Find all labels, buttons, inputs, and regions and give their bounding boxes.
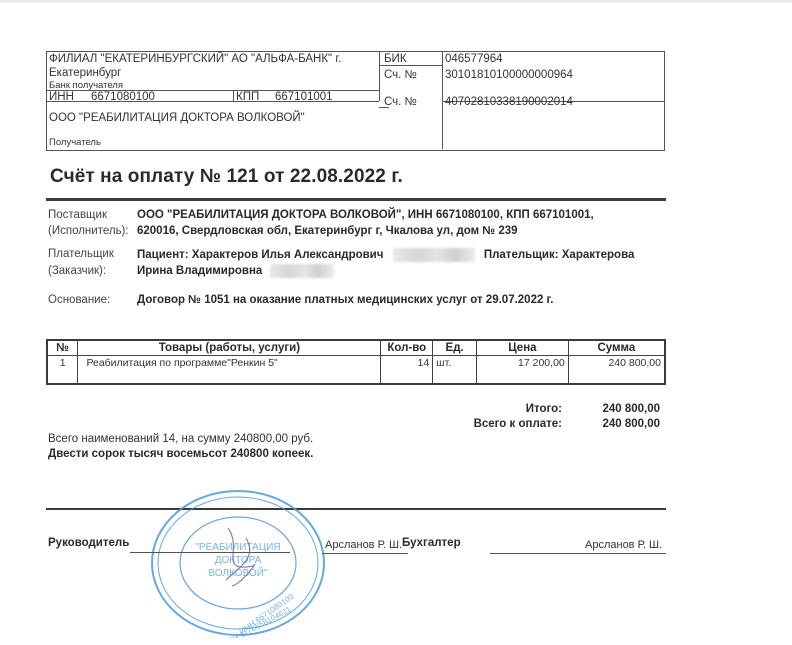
summary-line: Всего наименований 14, на сумму 240800,0… (48, 433, 313, 445)
supplier-line-1: ООО "РЕАБИЛИТАЦИЯ ДОКТОРА ВОЛКОВОЙ", ИНН… (137, 209, 594, 221)
amount-in-words: Двести сорок тысяч восемьсот 240800 копе… (48, 448, 313, 460)
director-name: Арсланов Р. Ш. (325, 539, 402, 551)
basis-label: Основание: (48, 294, 110, 306)
payable-value: 240 800,00 (560, 418, 660, 430)
row-name: Реабилитация по программе"Ренкин 5" (78, 356, 381, 385)
payer-name: Плательщик: Характерова (484, 249, 635, 261)
bank-caption: Банк получателя (49, 80, 123, 91)
bik-value: 046577964 (445, 53, 503, 65)
row-unit: шт. (433, 356, 477, 385)
account-label: Сч. № (384, 96, 417, 108)
col-number: № (47, 340, 78, 356)
director-signature-line (130, 552, 290, 553)
total-label: Итого: (412, 403, 562, 415)
payer-name-cont: Ирина Владимировна (137, 265, 262, 277)
col-sum: Сумма (568, 340, 665, 356)
row-number: 1 (47, 356, 78, 385)
payer-label-2: (Заказчик): (48, 265, 106, 277)
divider (379, 65, 442, 66)
company-stamp-icon: "РЕАБИЛИТАЦИЯ ДОКТОРА ВОЛКОВОЙ" ИНН 6671… (148, 488, 328, 638)
title-rule (46, 198, 666, 201)
row-sum: 240 800,00 (568, 356, 665, 385)
svg-text:ВОЛКОВОЙ": ВОЛКОВОЙ" (209, 566, 268, 579)
payer-line-2: Ирина Владимировна (137, 264, 334, 278)
page-top-edge (0, 0, 792, 3)
recipient-caption: Получатель (49, 137, 101, 148)
supplier-label-2: (Исполнитель): (48, 225, 129, 237)
kpp-label: КПП (236, 91, 259, 103)
col-qty: Кол-во (381, 340, 433, 356)
col-goods: Товары (работы, услуги) (78, 340, 381, 356)
director-name-line (322, 553, 408, 554)
accountant-label: Бухгалтер (402, 537, 461, 549)
redacted-field (393, 248, 475, 262)
bik-label: БИК (384, 53, 407, 65)
payer-label: Плательщик (48, 248, 114, 260)
supplier-label: Поставщик (48, 209, 107, 221)
kpp-value: 667101001 (275, 91, 333, 103)
bank-details-block: ФИЛИАЛ "ЕКАТЕРИНБУРГСКИЙ" АО "АЛЬФА-БАНК… (46, 51, 665, 151)
supplier-line-2: 620016, Свердловская обл, Екатеринбург г… (137, 225, 518, 237)
table-header-row: № Товары (работы, услуги) Кол-во Ед. Цен… (47, 340, 665, 356)
corr-account-value: 30101810100000000964 (445, 69, 573, 81)
col-price: Цена (477, 340, 569, 356)
director-label: Руководитель (48, 537, 129, 549)
corr-account-label: Сч. № (384, 69, 417, 81)
row-price: 17 200,00 (477, 356, 569, 385)
redacted-field (270, 264, 334, 278)
signatures-rule (46, 508, 666, 510)
table-row: 1 Реабилитация по программе"Ренкин 5" 14… (47, 356, 665, 385)
accountant-signature-line (490, 553, 666, 554)
basis-value: Договор № 1051 на оказание платных медиц… (137, 294, 553, 306)
invoice-title: Счёт на оплату № 121 от 22.08.2022 г. (50, 166, 403, 188)
row-qty: 14 (381, 356, 433, 385)
inn-value: 6671080100 (91, 91, 155, 103)
payer-line-1: Пациент: Характеров Илья Александрович П… (137, 248, 634, 262)
items-table: № Товары (работы, услуги) Кол-во Ед. Цен… (46, 339, 666, 385)
patient-name: Пациент: Характеров Илья Александрович (137, 249, 383, 261)
accountant-name: Арсланов Р. Ш. (585, 539, 662, 551)
payable-label: Всего к оплате: (412, 418, 562, 430)
bank-name: ФИЛИАЛ "ЕКАТЕРИНБУРГСКИЙ" АО "АЛЬФА-БАНК… (49, 53, 341, 65)
bank-city: Екатеринбург (49, 67, 121, 79)
col-unit: Ед. (433, 340, 477, 356)
divider (379, 52, 380, 101)
recipient-name: ООО "РЕАБИЛИТАЦИЯ ДОКТОРА ВОЛКОВОЙ" (49, 112, 305, 124)
inn-label: ИНН (49, 91, 74, 103)
total-value: 240 800,00 (560, 403, 660, 415)
account-value: 40702810338190002014 (445, 96, 573, 108)
